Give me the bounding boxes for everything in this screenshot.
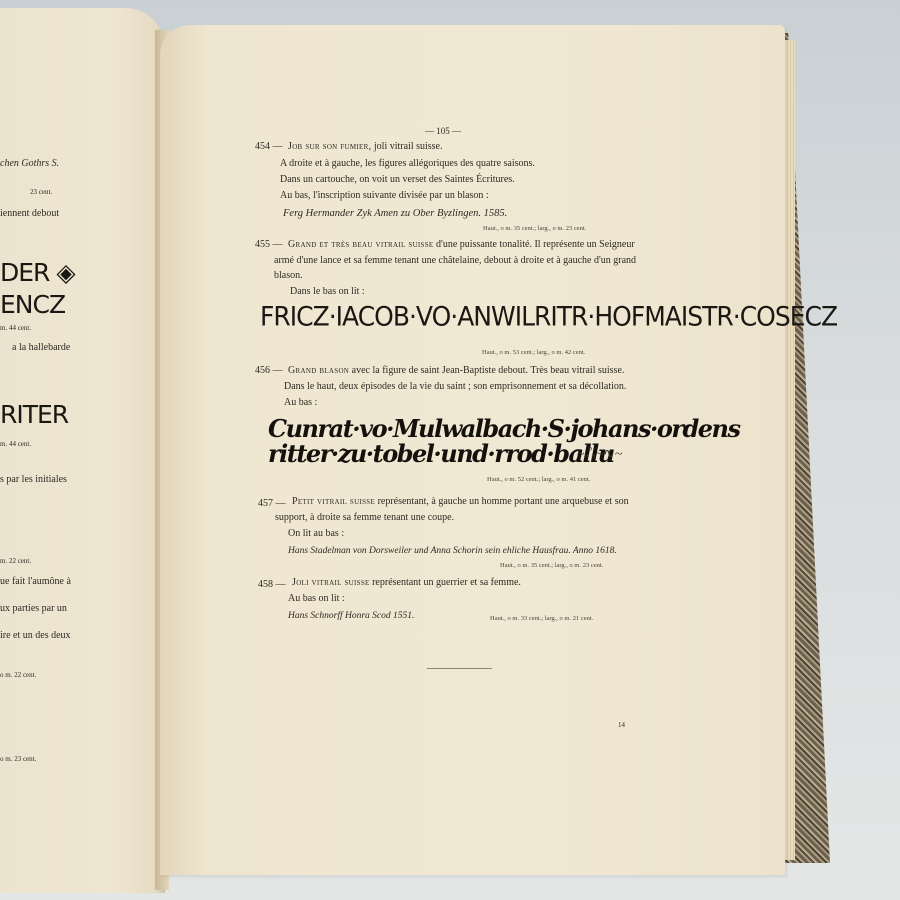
entry-text: Au bas on lit : bbox=[288, 593, 345, 604]
entry-title: Petit vitrail suisse bbox=[292, 496, 375, 507]
left-text-fragment: iennent debout bbox=[0, 208, 59, 219]
entry-number: 457 — bbox=[258, 498, 286, 509]
section-rule bbox=[427, 668, 492, 669]
signature-mark: 14 bbox=[618, 721, 625, 729]
entry-text: Dans un cartouche, on voit un verset des… bbox=[280, 174, 515, 185]
left-dimension: m. 44 cent. bbox=[0, 440, 31, 448]
left-text-fragment: a la hallebarde bbox=[12, 342, 70, 353]
inscription: Hans Stadelman von Dorsweiler und Anna S… bbox=[288, 546, 617, 556]
entry-number: 455 — bbox=[255, 239, 283, 250]
inscription: Hans Schnorff Honra Scod 1551. bbox=[288, 611, 414, 621]
entry-title: Grand blason bbox=[288, 365, 349, 376]
entry-text: support, à droite sa femme tenant une co… bbox=[275, 512, 454, 523]
entry-number: 454 — bbox=[255, 141, 283, 152]
entry-text: Dans le haut, deux épisodes de la vie du… bbox=[284, 381, 626, 392]
left-text-fragment: chen Gothrs S. bbox=[0, 158, 59, 169]
gothic-inscription: FRICZ·IACOB·VO·ANWILRITR·HOFMAISTR·COSEC… bbox=[260, 301, 837, 331]
page-header: — 105 — bbox=[425, 126, 461, 136]
entry-text: A droite et à gauche, les figures allégo… bbox=[280, 158, 535, 169]
left-page: chen Gothrs S. 23 cent. iennent debout D… bbox=[0, 8, 165, 893]
entry-text: représentant, à gauche un homme portant … bbox=[375, 496, 629, 507]
left-dimension: m. 44 cent. bbox=[0, 324, 31, 332]
left-dimension: o m. 23 cent. bbox=[0, 755, 36, 763]
left-inscription: RITER bbox=[0, 400, 68, 429]
dimensions: Haut., o m. 52 cent.; larg., o m. 41 cen… bbox=[487, 476, 590, 483]
entry-text: Au bas : bbox=[284, 397, 317, 408]
entry-text: blason. bbox=[274, 270, 303, 281]
dimensions: Haut., o m. 35 cent.; larg., o m. 23 cen… bbox=[483, 225, 586, 232]
left-text-fragment: ux parties par un bbox=[0, 603, 67, 614]
entry-text: On lit au bas : bbox=[288, 528, 344, 539]
entry-title: Joli vitrail suisse bbox=[292, 577, 370, 588]
dimensions: Haut., o m. 53 cent.; larg., o m. 42 cen… bbox=[482, 349, 585, 356]
entry-text: Dans le bas on lit : bbox=[290, 286, 365, 297]
left-dimension: o m. 22 cent. bbox=[0, 671, 36, 679]
left-text-fragment: ire et un des deux bbox=[0, 630, 71, 641]
entry-text: représentant un guerrier et sa femme. bbox=[370, 577, 521, 588]
dimensions: Haut., o m. 33 cent.; larg., o m. 21 cen… bbox=[490, 615, 593, 622]
left-inscription: DER ◈ bbox=[0, 258, 75, 287]
dimensions: Haut., o m. 35 cent.; larg., o m. 23 cen… bbox=[500, 562, 603, 569]
entry-title: Job sur son fumier, bbox=[288, 141, 371, 152]
entry-text: Au bas, l'inscription suivante divisée p… bbox=[280, 190, 489, 201]
blackletter-inscription-line1: Cunrat·vo·Mulwalbach·S·johans·ordens bbox=[268, 418, 740, 440]
left-text-fragment: s par les initiales bbox=[0, 474, 67, 485]
blackletter-inscription-line2: ritter·zu·tobel·und·rrod·ballu bbox=[268, 443, 614, 465]
left-inscription: ENCZ bbox=[0, 290, 65, 319]
entry-text: d'une puissante tonalité. Il représente … bbox=[434, 239, 635, 250]
entry-text: armé d'une lance et sa femme tenant une … bbox=[274, 255, 636, 266]
entry-text: joli vitrail suisse. bbox=[371, 141, 442, 152]
entry-number: 458 — bbox=[258, 579, 286, 590]
inscription: Ferg Hermander Zyk Amen zu Ober Byzlinge… bbox=[283, 208, 507, 219]
left-dimension: m. 22 cent. bbox=[0, 557, 31, 565]
entry-title: Grand et très beau vitrail suisse bbox=[288, 239, 434, 250]
left-dimension: 23 cent. bbox=[30, 188, 52, 196]
entry-text: avec la figure de saint Jean-Baptiste de… bbox=[349, 365, 624, 376]
entry-number: 456 — bbox=[255, 365, 283, 376]
left-text-fragment: ue fait l'aumône à bbox=[0, 576, 71, 587]
flourish-ornament-icon: ~ஃ~∿~ bbox=[577, 446, 622, 464]
